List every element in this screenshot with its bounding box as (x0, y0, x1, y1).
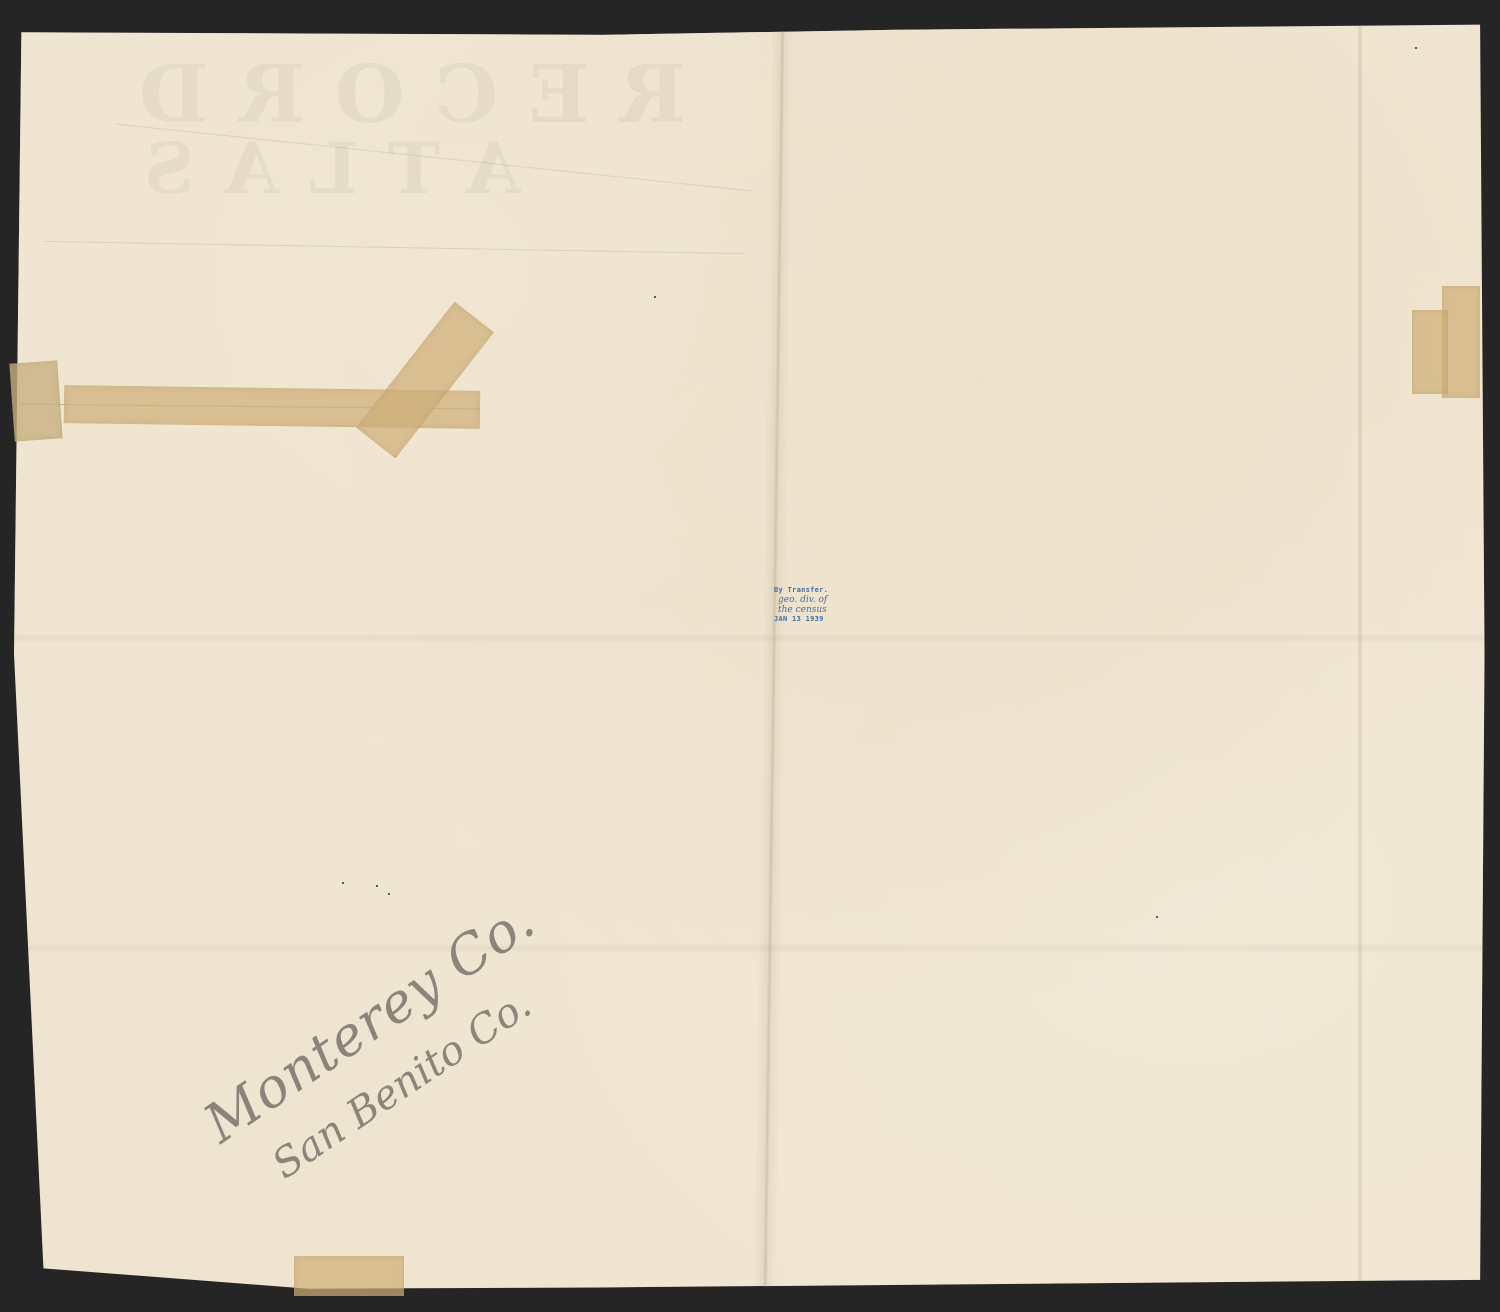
ink-speck (388, 893, 390, 895)
tape-strip-bottom (294, 1256, 404, 1296)
scan-frame: RECORD ATLAS By Transfer. geo. div. of t… (0, 0, 1500, 1312)
vertical-fold-line (753, 17, 795, 1290)
stamp-date: JAN 13 1939 (774, 615, 864, 624)
stamp-header: By Transfer. (774, 586, 864, 595)
right-margin-crease (1358, 17, 1362, 1290)
ink-speck (376, 885, 378, 887)
horizontal-fold-line-2 (14, 943, 1486, 953)
bleed-through-title-2: ATLAS (114, 127, 521, 210)
ink-speck (654, 296, 656, 298)
stamp-handwritten-line-2: the census (778, 605, 864, 615)
transfer-stamp: By Transfer. geo. div. of the census JAN… (774, 586, 864, 624)
stamp-handwritten-line-1: geo. div. of (778, 595, 864, 605)
ink-speck (342, 882, 344, 884)
ink-speck (1156, 916, 1158, 918)
tape-strip-right-inner (1412, 310, 1448, 394)
horizontal-fold-line-1 (14, 633, 1486, 643)
tape-strip-left-edge (9, 360, 62, 441)
ink-speck (1415, 47, 1417, 49)
faint-pencil-line (44, 241, 744, 254)
